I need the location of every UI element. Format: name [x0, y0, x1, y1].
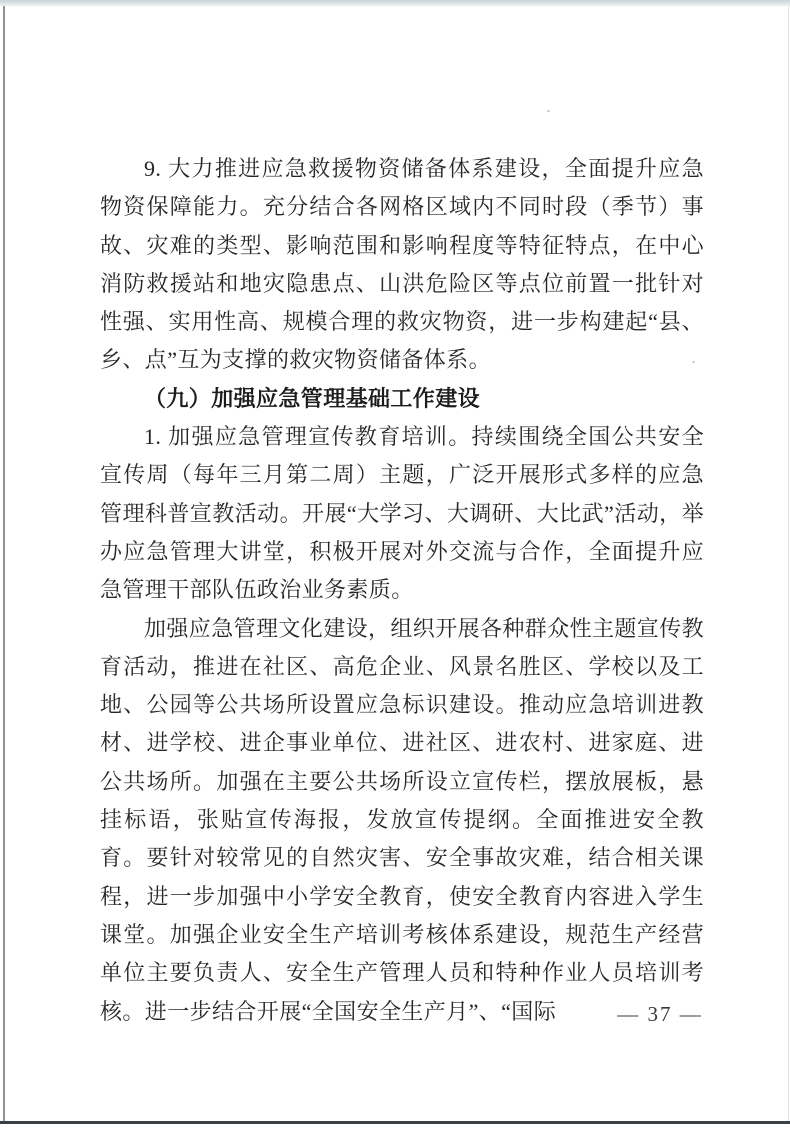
- paragraph-emergency-culture-building: 加强应急管理文化建设，组织开展各种群众性主题宣传教育活动，推进在社区、高危企业、…: [100, 610, 704, 1031]
- document-body: 9. 大力推进应急救援物资储备体系建设，全面提升应急物资保障能力。充分结合各网格…: [100, 150, 704, 1031]
- page-bottom-edge-line: [0, 1121, 790, 1124]
- scan-speck: [547, 110, 550, 112]
- scanner-top-band: [0, 0, 790, 6]
- scanned-document-page: { "document": { "paragraphs": [ { "style…: [0, 0, 790, 1129]
- section-heading-nine: （九）加强应急管理基础工作建设: [100, 380, 704, 418]
- paragraph-publicity-education-training: 1. 加强应急管理宣传教育培训。持续围绕全国公共安全宣传周（每年三月第二周）主题…: [100, 418, 704, 609]
- page-number: — 37 —: [580, 1002, 740, 1027]
- paragraph-grid-disaster-supplies: 9. 大力推进应急救援物资储备体系建设，全面提升应急物资保障能力。充分结合各网格…: [100, 150, 704, 380]
- page-left-edge-line: [3, 6, 5, 1123]
- page-right-edge-line: [788, 6, 789, 1123]
